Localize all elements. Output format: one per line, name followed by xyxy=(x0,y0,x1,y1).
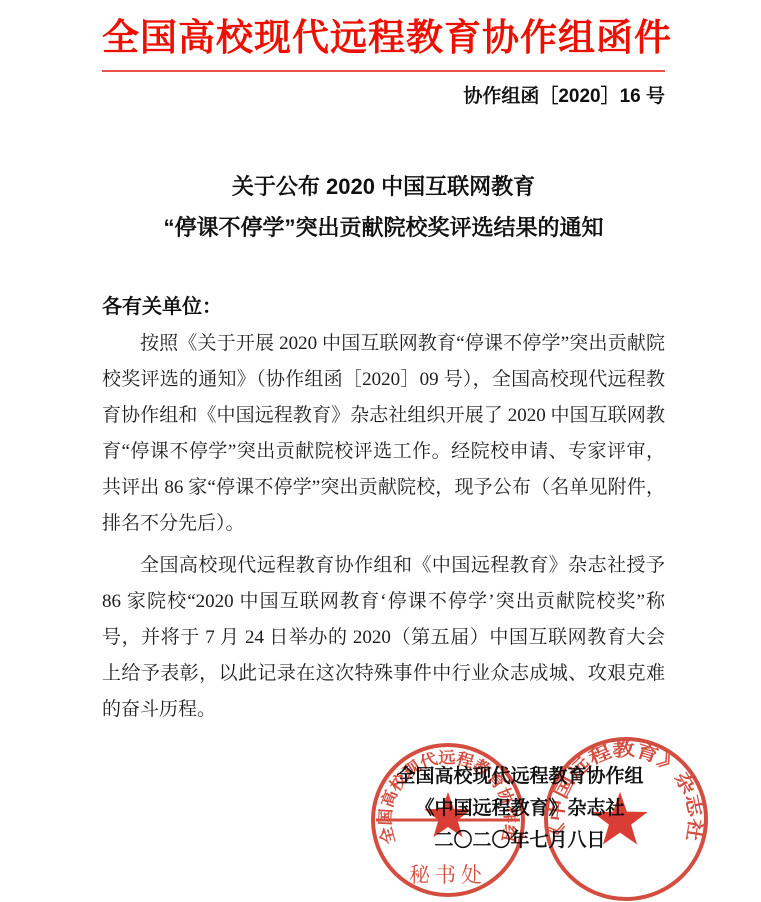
document-content: 全国高校现代远程教育协作组函件 协作组函［2020］16 号 关于公布 2020… xyxy=(0,0,761,857)
doc-number: 协作组函［2020］16 号 xyxy=(102,85,665,109)
signature-org-2: 《中国远程教育》杂志社 xyxy=(395,793,645,825)
signature-date: 二〇二〇年七月八日 xyxy=(395,825,645,857)
body-paragraph-2: 全国高校现代远程教育协作组和《中国远程教育》杂志社授予 86 家院校“2020 … xyxy=(102,548,665,728)
notice-title-line1: 关于公布 2020 中国互联网教育 xyxy=(102,166,665,207)
signature-org-1: 全国高校现代远程教育协作组 xyxy=(395,761,645,793)
signature-block: 全国高校现代远程教育协作组 《中国远程教育》杂志社 二〇二〇年七月八日 xyxy=(395,761,645,857)
salutation: 各有关单位： xyxy=(102,294,665,320)
document-page: 全国高校现代远程教育协作组函件 协作组函［2020］16 号 关于公布 2020… xyxy=(0,0,761,902)
body-paragraph-1: 按照《关于开展 2020 中国互联网教育“停课不停学”突出贡献院校奖评选的通知》… xyxy=(102,326,665,542)
notice-title-line2: “停课不停学”突出贡献院校奖评选结果的通知 xyxy=(102,207,665,248)
letterhead-title: 全国高校现代远程教育协作组函件 xyxy=(102,13,665,63)
seal-left-bottom-text: 秘书处 xyxy=(409,863,487,887)
letterhead-rule xyxy=(102,70,665,72)
notice-title: 关于公布 2020 中国互联网教育 “停课不停学”突出贡献院校奖评选结果的通知 xyxy=(102,166,665,248)
